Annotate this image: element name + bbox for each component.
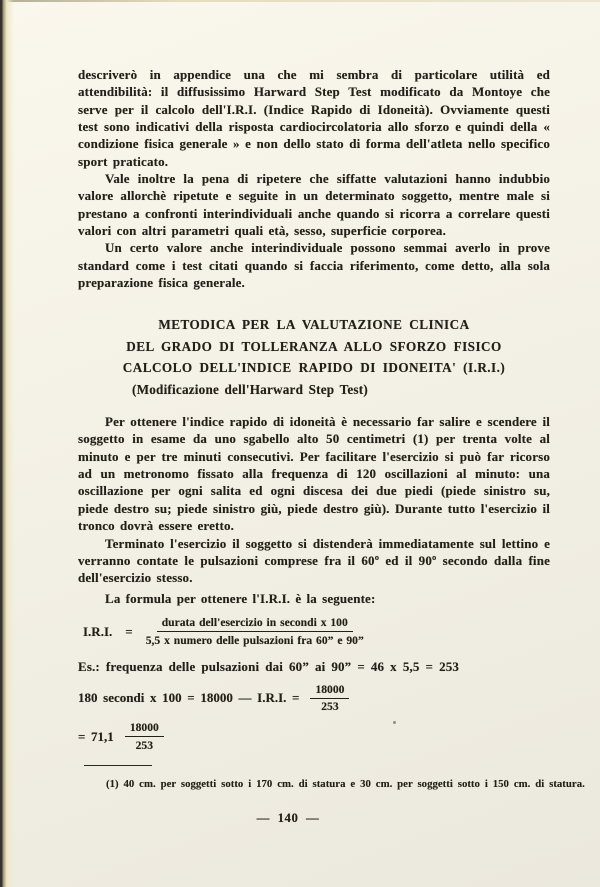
calc-fraction-2: 18000 253 — [125, 721, 164, 752]
footnote-separator — [84, 765, 152, 766]
book-page: descriverò in appendice una che mi sembr… — [0, 0, 600, 887]
example-line: Es.: frequenza delle pulsazioni dai 60” … — [78, 658, 550, 675]
calc-line-1: 180 secondi x 100 = 18000 — I.R.I. = 180… — [78, 683, 550, 714]
heading-line-2: DEL GRADO DI TOLLERANZA ALLO SFORZO FISI… — [78, 336, 550, 357]
paragraph-intro-appendice: descriverò in appendice una che mi sembr… — [78, 66, 550, 170]
paragraph-per-ottenere: Per ottenere l'indice rapido di idoneità… — [78, 413, 550, 534]
heading-subtitle: (Modificazione dell'Harward Step Test) — [78, 379, 550, 400]
formula-intro: La formula per ottenere l'I.R.I. è la se… — [78, 590, 550, 607]
section-heading: METODICA PER LA VALUTAZIONE CLINICA DEL … — [78, 314, 550, 400]
calc-fraction-1-denominator: 253 — [321, 699, 338, 714]
calc-line-1-text: 180 secondi x 100 = 18000 — I.R.I. = — [78, 690, 299, 706]
scan-artifact-dot — [393, 721, 396, 724]
page-content: descriverò in appendice una che mi sembr… — [0, 0, 600, 826]
heading-line-3: CALCOLO DELL'INDICE RAPIDO DI IDONEITA' … — [78, 357, 550, 378]
calc-fraction-1-numerator: 18000 — [310, 683, 349, 699]
calc-line-2: = 71,1 18000 253 — [78, 721, 550, 752]
calc-line-2-text: = 71,1 — [78, 729, 114, 745]
formula-numerator: durata dell'esercizio in secondi x 100 — [157, 616, 353, 632]
formula-lhs: I.R.I. — [83, 624, 112, 640]
heading-line-1: METODICA PER LA VALUTAZIONE CLINICA — [78, 314, 550, 335]
footnote: (1) 40 cm. per soggetti sotto i 170 cm. … — [78, 773, 590, 796]
paragraph-vale-inoltre: Vale inoltre la pena di ripetere che sif… — [78, 170, 550, 239]
formula-fraction: durata dell'esercizio in secondi x 100 5… — [146, 616, 364, 647]
paragraph-terminato: Terminato l'esercizio il soggetto si dis… — [78, 535, 550, 587]
iri-formula: I.R.I. = durata dell'esercizio in second… — [83, 616, 550, 647]
calc-fraction-2-denominator: 253 — [136, 737, 153, 752]
formula-equals: = — [125, 624, 132, 640]
calc-fraction-2-numerator: 18000 — [125, 721, 164, 737]
formula-denominator: 5,5 x numero delle pulsazioni fra 60” e … — [146, 632, 364, 647]
page-number: — 140 — — [52, 811, 524, 826]
paragraph-un-certo-valore: Un certo valore anche interindividuale p… — [78, 239, 550, 291]
calc-fraction-1: 18000 253 — [310, 683, 349, 714]
